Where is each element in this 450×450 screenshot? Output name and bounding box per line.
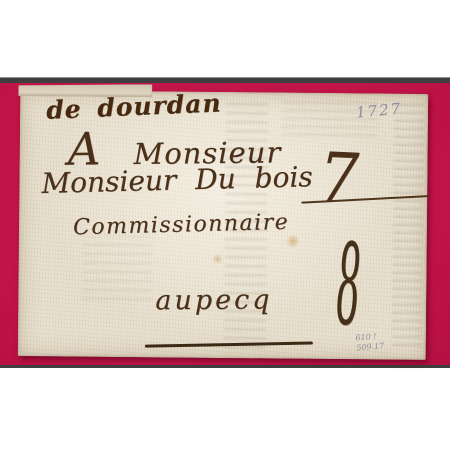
dealer-pencil-note-line2: 509.17	[356, 341, 385, 353]
photo-bottom-edge	[0, 365, 450, 368]
address-line-2: Monsieur Du bois	[41, 160, 313, 200]
dealer-pencil-note: 610 ! 509.17	[355, 331, 384, 353]
auction-photo-page: de dourdan A Monsieur Monsieur Du bois C…	[0, 0, 450, 450]
letter-paper: de dourdan A Monsieur Monsieur Du bois C…	[18, 90, 429, 360]
postal-rate-mark-7: 7	[317, 137, 360, 219]
address-line-3: Commissionnaire	[73, 210, 290, 240]
paper-stain	[285, 235, 301, 248]
paper-stain	[212, 254, 224, 264]
year-pencil-note: 1727	[355, 99, 403, 121]
address-underline	[145, 342, 313, 348]
ink-showthrough-column	[82, 236, 153, 301]
origin-annotation: de dourdan	[46, 88, 223, 124]
address-line-4: aupecq	[155, 284, 272, 316]
ink-showthrough-column	[392, 98, 424, 346]
